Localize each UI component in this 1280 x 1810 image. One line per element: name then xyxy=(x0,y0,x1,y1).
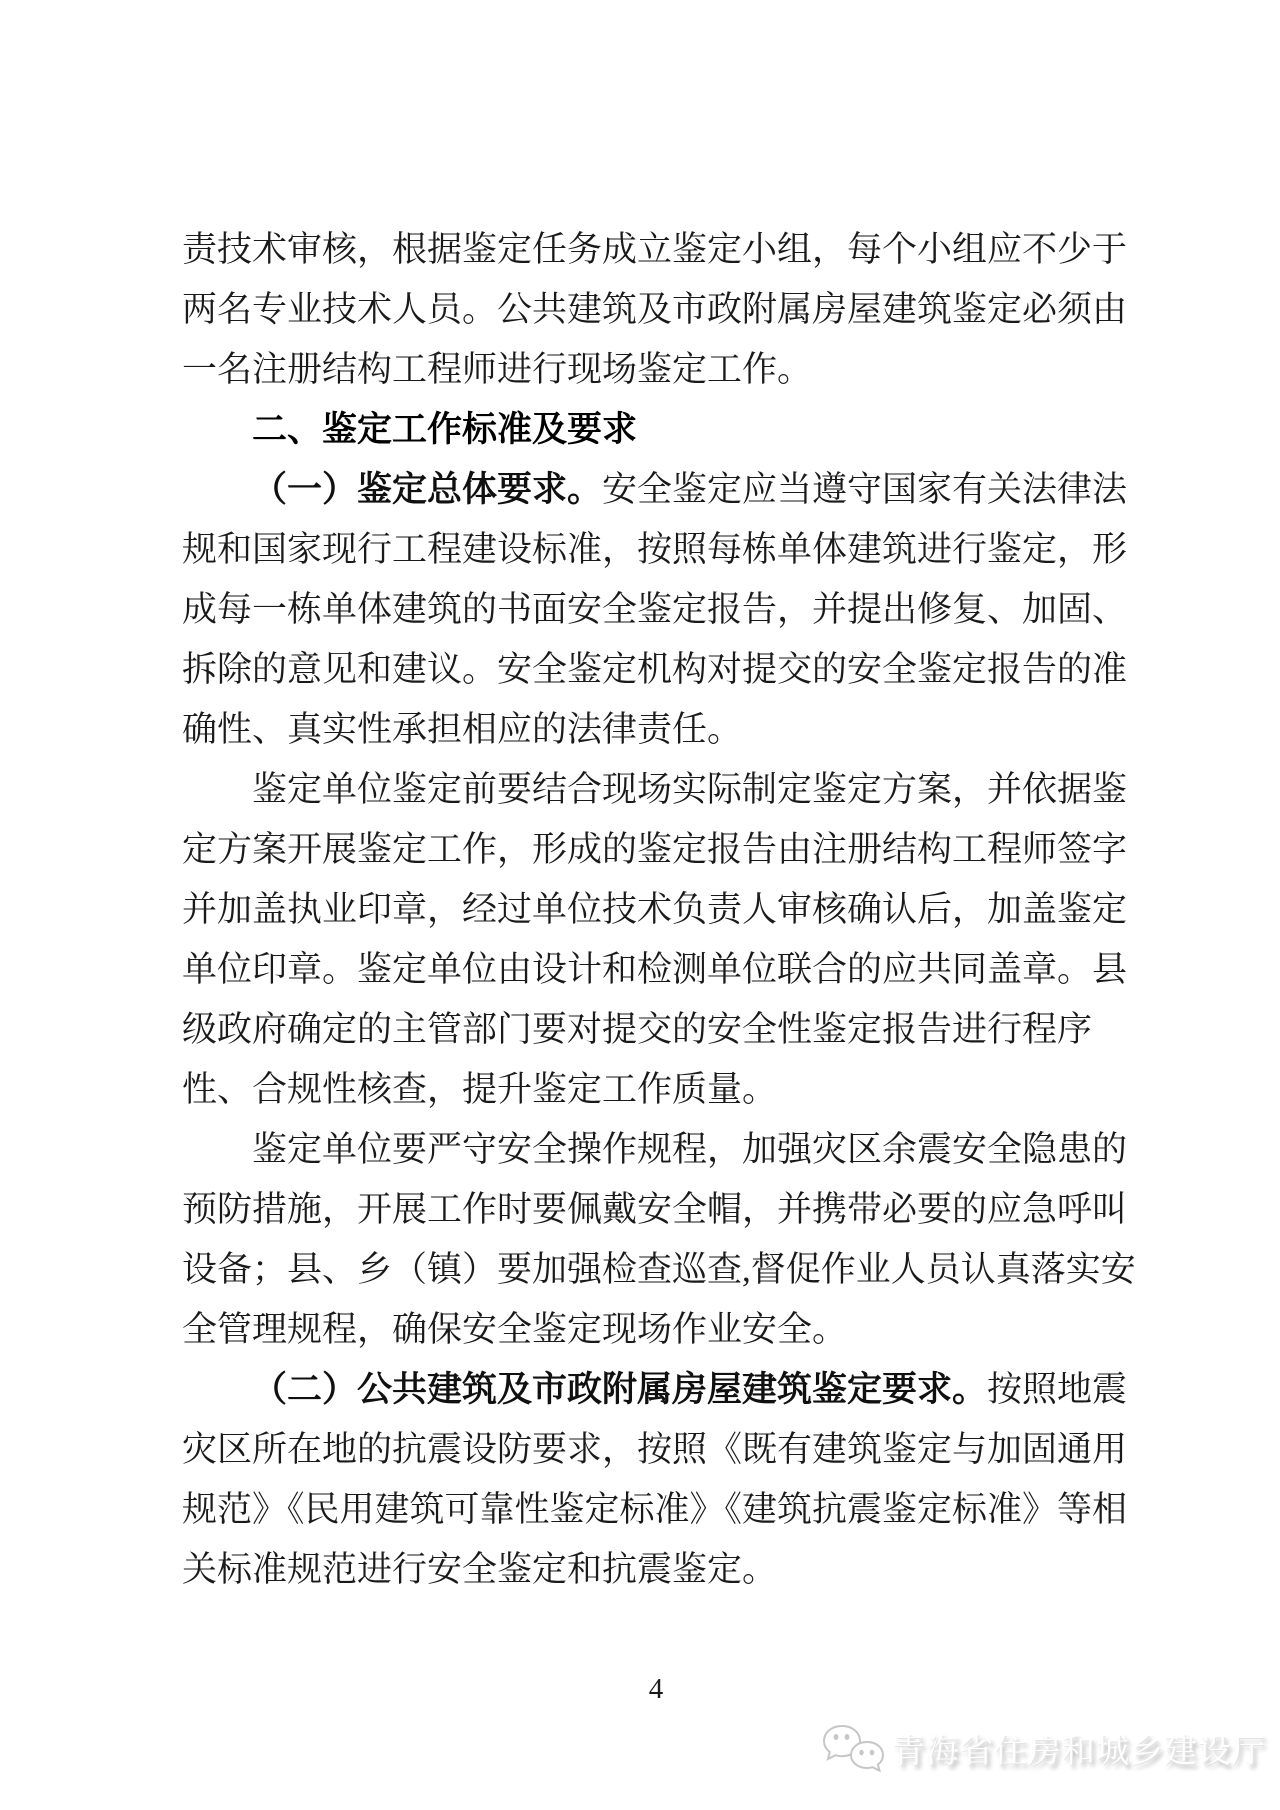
watermark-text: 青海省住房和城乡建设厅 xyxy=(892,1722,1266,1780)
text-line: 拆除的意见和建议。安全鉴定机构对提交的安全鉴定报告的准 xyxy=(182,640,1142,700)
text-line: 级政府确定的主管部门要对提交的安全性鉴定报告进行程序 xyxy=(182,1000,1142,1060)
text-line: 定方案开展鉴定工作，形成的鉴定报告由注册结构工程师签字 xyxy=(182,820,1142,880)
text-line: 单位印章。鉴定单位由设计和检测单位联合的应共同盖章。县 xyxy=(182,940,1142,1000)
text-line: 成每一栋单体建筑的书面安全鉴定报告，并提出修复、加固、 xyxy=(182,580,1142,640)
page-number: 4 xyxy=(182,1672,1130,1706)
text-line: 两名专业技术人员。公共建筑及市政附属房屋建筑鉴定必须由 xyxy=(182,280,1142,340)
text-line: 鉴定单位鉴定前要结合现场实际制定鉴定方案，并依据鉴 xyxy=(182,760,1142,820)
text-line: 规范》《民用建筑可靠性鉴定标准》《建筑抗震鉴定标准》等相 xyxy=(182,1480,1142,1540)
text-line: （二）公共建筑及市政附属房屋建筑鉴定要求。按照地震 xyxy=(182,1360,1142,1420)
wechat-watermark: 青海省住房和城乡建设厅 xyxy=(820,1722,1266,1780)
section-heading: 二、鉴定工作标准及要求 xyxy=(182,400,1142,460)
text-line: 鉴定单位要严守安全操作规程，加强灾区余震安全隐患的 xyxy=(182,1120,1142,1180)
text-line: 确性、真实性承担相应的法律责任。 xyxy=(182,700,1142,760)
text-line: 灾区所在地的抗震设防要求，按照《既有建筑鉴定与加固通用 xyxy=(182,1420,1142,1480)
text-line: 性、合规性核查，提升鉴定工作质量。 xyxy=(182,1060,1142,1120)
text-line: （一）鉴定总体要求。安全鉴定应当遵守国家有关法律法 xyxy=(182,460,1142,520)
text-line: 关标准规范进行安全鉴定和抗震鉴定。 xyxy=(182,1540,1142,1600)
text-line: 全管理规程，确保安全鉴定现场作业安全。 xyxy=(182,1300,1142,1360)
text-line: 规和国家现行工程建设标准，按照每栋单体建筑进行鉴定，形 xyxy=(182,520,1142,580)
text-line: 并加盖执业印章，经过单位技术负责人审核确认后，加盖鉴定 xyxy=(182,880,1142,940)
document-body: 责技术审核，根据鉴定任务成立鉴定小组，每个小组应不少于 两名专业技术人员。公共建… xyxy=(182,220,1142,1600)
text-line: 预防措施，开展工作时要佩戴安全帽，并携带必要的应急呼叫 xyxy=(182,1180,1142,1240)
text-line: 设备；县、乡（镇）要加强检查巡查,督促作业人员认真落实安 xyxy=(182,1240,1142,1300)
wechat-icon xyxy=(820,1722,892,1780)
document-page: 责技术审核，根据鉴定任务成立鉴定小组，每个小组应不少于 两名专业技术人员。公共建… xyxy=(0,0,1280,1810)
text-line: 一名注册结构工程师进行现场鉴定工作。 xyxy=(182,340,1142,400)
text-line: 责技术审核，根据鉴定任务成立鉴定小组，每个小组应不少于 xyxy=(182,220,1142,280)
